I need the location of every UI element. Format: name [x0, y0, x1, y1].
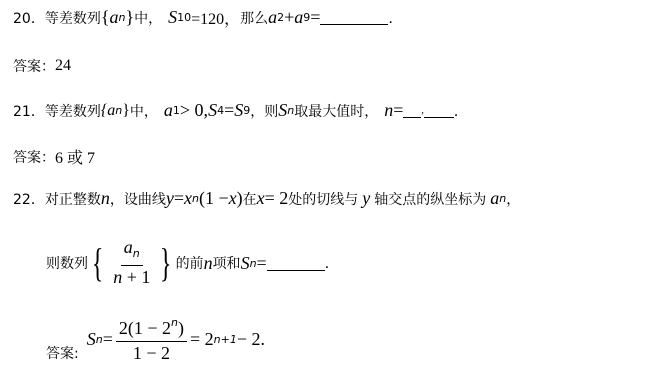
answer-21: 答案： 6 或 7 — [13, 145, 95, 168]
problem-20: 20． 等差数列 {an} 中， S10=120， 那么 a2 + a9= ． — [13, 6, 402, 29]
problem-22-line1: 22． 对正整数 n ，设曲线 y = xn(1 − x) 在 x = 2 处的… — [13, 188, 520, 209]
problem-22-line2: 则数列 { an n + 1 } 的前 n 项和 Sn = ． — [46, 236, 339, 290]
problem-number: 20． — [13, 8, 45, 28]
answer-20: 答案： 24 — [13, 56, 71, 76]
problem-number: 22． — [13, 189, 45, 209]
answer-blank[interactable] — [424, 103, 454, 118]
answer-value: 24 — [55, 57, 71, 75]
left-brace: { — [92, 243, 104, 283]
answer-22: 答案: Sn = 2(1 − 2n) 1 − 2 = 2n+1 − 2. — [46, 312, 265, 366]
answer-value: 6 或 7 — [55, 145, 95, 168]
problem-number: 21． — [13, 101, 45, 121]
answer-blank[interactable] — [267, 256, 325, 271]
answer-blank[interactable] — [320, 10, 388, 25]
answer-fraction: 2(1 − 2n) 1 − 2 — [116, 312, 187, 366]
answer-label: 答案： — [13, 147, 55, 167]
problem-text: 等差数列 — [45, 8, 101, 28]
answer-label: 答案： — [13, 56, 55, 76]
fraction: an n + 1 — [110, 236, 153, 290]
right-brace: } — [160, 243, 172, 283]
answer-blank[interactable] — [403, 103, 421, 118]
answer-label: 答案: — [46, 343, 79, 363]
problem-21: 21． 等差数列 {an} 中， a1 > 0, S4 = S9 ，则 Sn 取… — [13, 100, 468, 121]
